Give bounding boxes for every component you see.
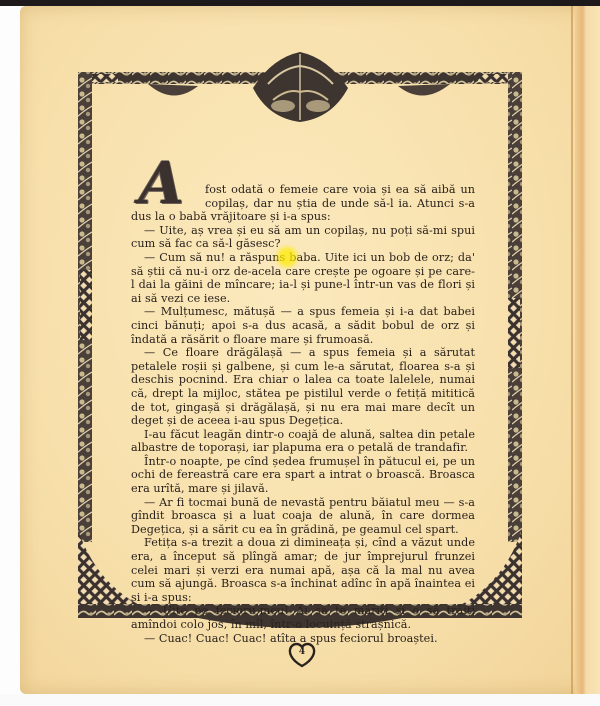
drop-cap-letter: A (139, 153, 184, 213)
paragraph: I-au făcut leagăn dintr-o coajă de alună… (131, 428, 475, 455)
paragraph: — Uite, aș vrea și eu să am un copilaș, … (131, 224, 475, 251)
scanner-bottom-edge (0, 694, 600, 706)
scanned-page-viewport: A fost odată o femeie care voia și ea să… (0, 0, 600, 706)
page-number: 4 (287, 647, 317, 657)
acanthus-crest-icon (253, 52, 348, 122)
next-page-edge (575, 6, 600, 694)
paragraph: — Ce floare drăgălașă — a spus femeia și… (131, 346, 475, 428)
cursor-highlight (277, 247, 297, 267)
paragraph: Într-o noapte, pe cînd ședea frumușel în… (131, 455, 475, 496)
paragraph-1: A fost odată o femeie care voia și ea să… (131, 183, 475, 224)
paragraph: — Ar fi tocmai bună de nevastă pentru bă… (131, 496, 475, 537)
paragraph: Fetița s-a trezit a doua zi dimineața și… (131, 536, 475, 604)
heart-frame-icon: 4 (287, 642, 317, 668)
drop-cap-ornament-icon: A (127, 159, 199, 199)
story-text: A fost odată o femeie care voia și ea să… (131, 183, 475, 645)
paragraph: — Cum să nu! a răspuns baba. Uite ici un… (131, 251, 475, 305)
paragraph: — Uite pe fecioru-meu! Ai să te măriți ș… (131, 604, 475, 631)
page-fold-line (571, 6, 573, 694)
paragraph: — Mulțumesc, mătușă — a spus femeia și i… (131, 305, 475, 346)
